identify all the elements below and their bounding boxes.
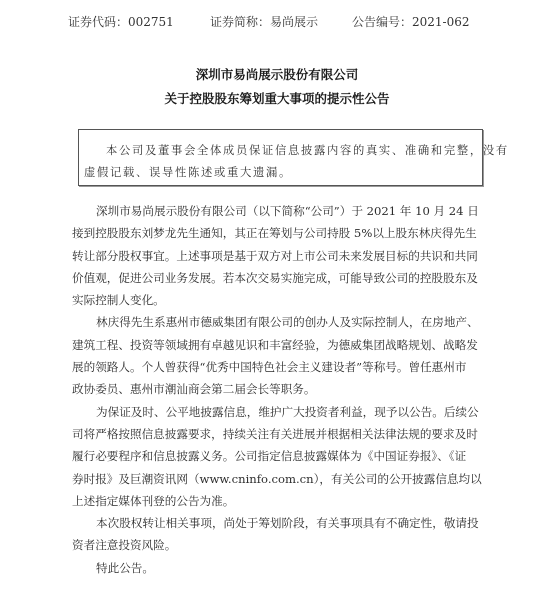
disclaimer-box: 本公司及董事会全体成员保证信息披露内容的真实、准确和完整，没有 虚假记载、误导性… <box>78 129 483 186</box>
disclaimer-line: 本公司及董事会全体成员保证信息披露内容的真实、准确和完整，没有 <box>84 142 478 158</box>
body-line: 上述指定媒体刊登的公告为准。 <box>72 490 482 512</box>
body-line: 履行必要程序和信息披露义务。公司指定信息披露媒体为《中国证券报》、《证 <box>72 445 482 467</box>
body-line: 接到控股股东刘梦龙先生通知，其正在筹划与公司持股 5%以上股东林庆得先生 <box>72 222 482 244</box>
disclaimer-line: 虚假记载、误导性陈述或重大遗漏。 <box>84 164 478 180</box>
security-code: 证券代码：002751 <box>68 13 174 30</box>
announcement-number: 公告编号：2021-062 <box>352 13 470 30</box>
body-line: 林庆得先生系惠州市德威集团有限公司的创办人及实际控制人，在房地产、 <box>72 311 482 333</box>
body-line: 券时报》及巨潮资讯网（www.cninfo.com.cn），有关公司的公开披露信… <box>72 468 482 490</box>
security-abbreviation: 证券简称：易尚展示 <box>210 13 318 30</box>
body-line: 深圳市易尚展示股份有限公司（以下简称“公司”）于 2021 年 10 月 24 … <box>72 200 482 222</box>
body-line: 为保证及时、公平地披露信息，维护广大投资者利益，现予以公告。后续公 <box>72 401 482 423</box>
announcement-subject-title: 关于控股股东筹划重大事项的提示性公告 <box>0 89 554 107</box>
body-line: 建筑工程、投资等领域拥有卓越见识和丰富经验，为德威集团战略规划、战略发 <box>72 334 482 356</box>
company-name-title: 深圳市易尚展示股份有限公司 <box>0 65 554 83</box>
body-line: 价值观，促进公司业务发展。若本次交易实施完成，可能导致公司的控股股东及 <box>72 267 482 289</box>
body-line: 展的领路人。个人曾获得“优秀中国特色社会主义建设者”等称号。曾任惠州市 <box>72 356 482 378</box>
body-line: 资者注意投资风险。 <box>72 534 482 556</box>
body-line: 政协委员、惠州市潮汕商会第二届会长等职务。 <box>72 378 482 400</box>
body-line: 实际控制人变化。 <box>72 289 482 311</box>
body-line: 本次股权转让相关事项，尚处于筹划阶段，有关事项具有不确定性，敬请投 <box>72 512 482 534</box>
closing-line: 特此公告。 <box>72 557 482 579</box>
body-line: 转让部分股权事宜。上述事项是基于双方对上市公司未来发展目标的共识和共同 <box>72 245 482 267</box>
body-line: 司将严格按照信息披露要求，持续关注有关进展并根据相关法律法规的要求及时 <box>72 423 482 445</box>
announcement-body: 深圳市易尚展示股份有限公司（以下简称“公司”）于 2021 年 10 月 24 … <box>72 200 482 579</box>
announcement-header: 证券代码：002751 证券简称：易尚展示 公告编号：2021-062 <box>0 13 554 31</box>
